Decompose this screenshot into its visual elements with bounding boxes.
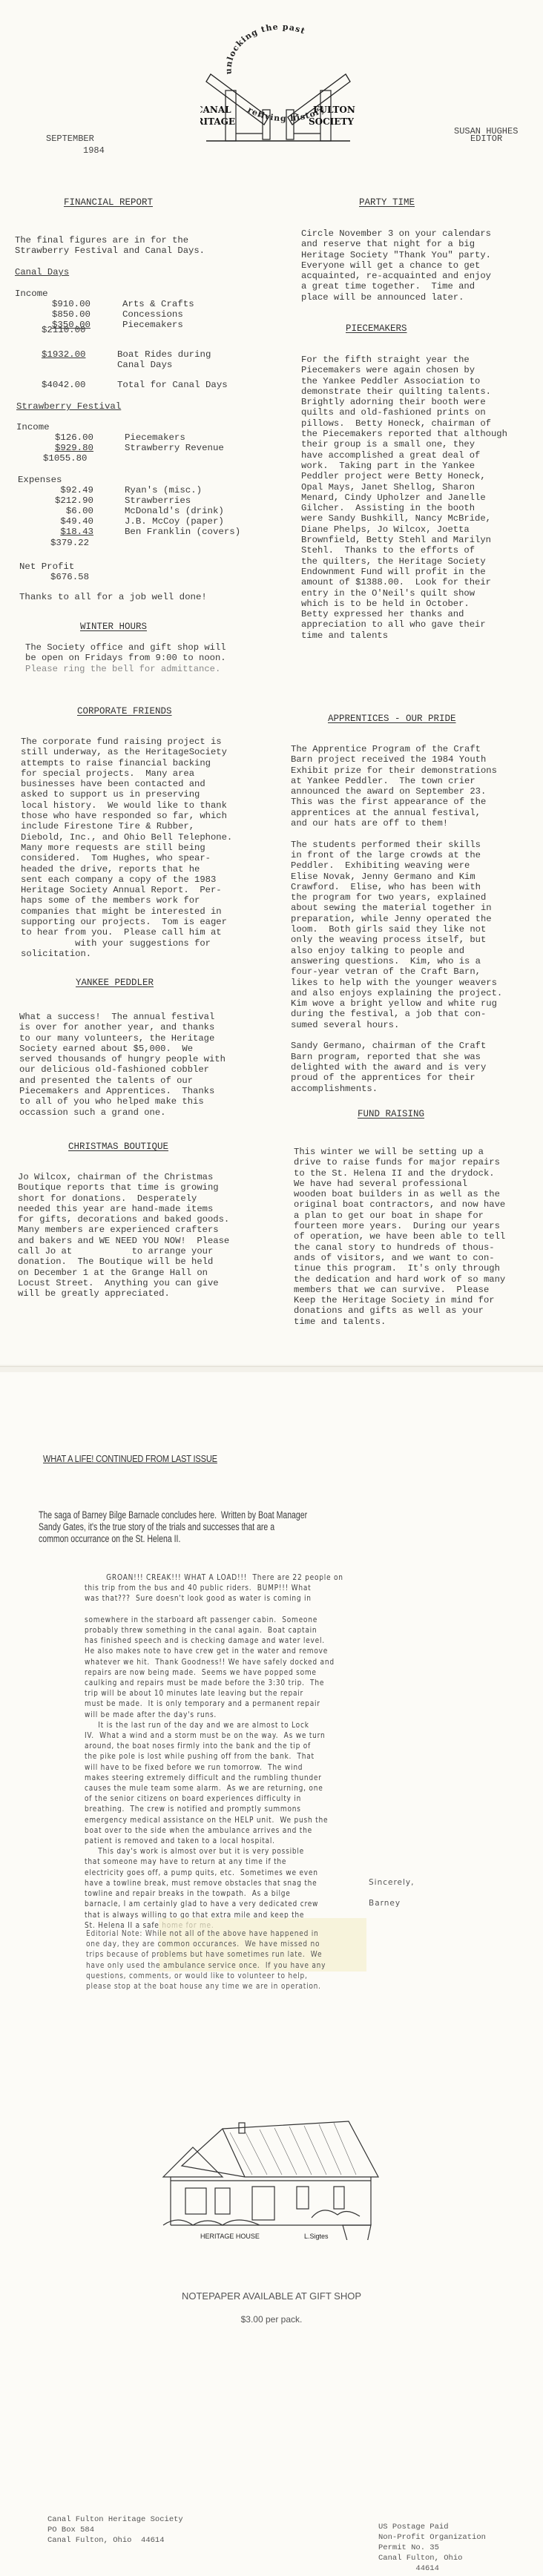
party-time-body: Circle November 3 on your calendars and … — [301, 228, 491, 303]
yankee-peddler-body: What a success! The annual festival is o… — [19, 1012, 226, 1118]
editorial-note: Editorial Note: While not all of the abo… — [86, 1928, 326, 1992]
heading-canal-days: Canal Days — [15, 267, 69, 277]
svg-text:unlocking the past: unlocking the past — [223, 22, 306, 74]
straw-expenses-label: Expenses — [18, 475, 62, 485]
ledger-label: Arts & Crafts — [122, 299, 194, 309]
logo-right-name-1: FULTON — [313, 105, 355, 115]
corporate-friends-body: The corporate fund raising project is st… — [21, 737, 232, 959]
illustration-caption: HERITAGE HOUSE — [200, 2233, 260, 2240]
ledger-amount: $49.40 — [60, 516, 93, 527]
story-closing: Sincerely, — [369, 1878, 415, 1887]
logo-left-name-2: HERITAGE — [200, 116, 235, 127]
issue-month: SEPTEMBER — [46, 134, 94, 144]
straw-expenses-total: $379.22 — [50, 538, 89, 548]
piecemakers-body: For the fifth straight year the Piecemak… — [301, 355, 507, 641]
heading-piecemakers: PIECEMAKERS — [346, 323, 407, 334]
fund-raising-body: This winter we will be setting up a driv… — [294, 1147, 505, 1327]
canal-lock-gates-icon: unlocking the past reliving history CANA… — [200, 22, 356, 148]
net-profit-amount: $676.58 — [50, 572, 89, 582]
story-signature: Barney — [369, 1899, 401, 1908]
newsletter-page-1: SEPTEMBER 1984 SUSAN HUGHES EDITOR unloc… — [0, 0, 543, 1365]
ledger-amount: $212.90 — [55, 495, 93, 506]
financial-intro-1: The final figures are in for the — [15, 235, 188, 246]
society-logo: unlocking the past reliving history CANA… — [200, 22, 356, 148]
canal-income-total: $2110.00 — [42, 325, 86, 335]
what-a-life-intro: The saga of Barney Bilge Barnacle conclu… — [39, 1509, 307, 1545]
boat-rides-label-1: Boat Rides during — [117, 349, 211, 360]
return-address: Canal Fulton Heritage Society PO Box 584… — [47, 2514, 183, 2546]
ledger-label: Strawberries — [125, 495, 191, 506]
canal-income-label: Income — [15, 289, 48, 299]
ledger-amount: $18.43 — [60, 527, 93, 537]
logo-arc-top: unlocking the past — [223, 22, 306, 74]
ledger-amount: $850.00 — [52, 309, 90, 320]
ledger-label: McDonald's (drink) — [125, 506, 224, 516]
canal-total-label: Total for Canal Days — [117, 380, 228, 390]
ledger-label: Concessions — [122, 309, 183, 320]
heading-strawberry-festival: Strawberry Festival — [16, 401, 121, 412]
page-divider — [0, 1366, 543, 1367]
heading-fund-raising: FUND RAISING — [358, 1109, 424, 1119]
heading-corporate-friends: CORPORATE FRIENDS — [77, 706, 172, 717]
house-sketch-icon: HERITAGE HOUSE L.Sigtes — [148, 2106, 386, 2240]
heading-yankee-peddler: YANKEE PEDDLER — [76, 978, 154, 988]
heading-financial-report: FINANCIAL REPORT — [64, 197, 153, 208]
boat-rides-amount: $1932.00 — [42, 349, 86, 360]
heading-party-time: PARTY TIME — [359, 197, 415, 208]
ledger-amount: $126.00 — [55, 432, 93, 443]
canal-total-amount: $4042.00 — [42, 380, 86, 390]
financial-intro-2: Strawberry Festival and Canal Days. — [15, 246, 205, 256]
ledger-label: Ben Franklin (covers) — [125, 527, 240, 537]
heading-what-a-life: WHAT A LIFE! CONTINUED FROM LAST ISSUE — [43, 1453, 217, 1464]
net-profit-label: Net Profit — [19, 561, 74, 572]
postage-indicia: US Postage Paid Non-Profit Organization … — [378, 2522, 486, 2574]
heading-winter-hours: WINTER HOURS — [80, 622, 147, 632]
straw-income-total: $1055.80 — [43, 453, 88, 464]
ledger-label: Piecemakers — [125, 432, 185, 443]
logo-right-name-2: SOCIETY — [309, 116, 354, 127]
ledger-label: Piecemakers — [122, 320, 183, 330]
ledger-label: Ryan's (misc.) — [125, 485, 202, 495]
heading-christmas-boutique: CHRISTMAS BOUTIQUE — [68, 1142, 168, 1152]
heritage-house-illustration: HERITAGE HOUSE L.Sigtes — [148, 2106, 386, 2240]
ledger-amount: $910.00 — [52, 299, 90, 309]
notepaper-title: NOTEPAPER AVAILABLE AT GIFT SHOP — [0, 2290, 543, 2302]
ledger-amount: $6.00 — [66, 506, 93, 516]
illustration-artist: L.Sigtes — [304, 2233, 329, 2240]
editor-title: EDITOR — [470, 134, 502, 144]
ledger-label: J.B. McCoy (paper) — [125, 516, 224, 527]
notepaper-price: $3.00 per pack. — [0, 2314, 543, 2325]
ledger-label: Strawberry Revenue — [125, 443, 224, 453]
winter-hours-note: Please ring the bell for admittance. — [25, 664, 220, 674]
issue-year: 1984 — [83, 145, 105, 156]
christmas-boutique-body: Jo Wilcox, chairman of the Christmas Bou… — [18, 1172, 229, 1299]
what-a-life-story: GROAN!!! CREAK!!! WHAT A LOAD!!! There a… — [85, 1572, 343, 1931]
winter-hours-body: The Society office and gift shop will be… — [25, 642, 226, 664]
logo-left-name-1: CANAL — [200, 105, 231, 115]
ledger-amount: $929.80 — [55, 443, 93, 453]
apprentices-body: The Apprentice Program of the Craft Barn… — [291, 744, 502, 1094]
financial-thanks: Thanks to all for a job well done! — [19, 592, 207, 602]
boat-rides-label-2: Canal Days — [117, 360, 172, 370]
heading-apprentices: APPRENTICES - OUR PRIDE — [328, 714, 456, 724]
straw-income-label: Income — [16, 422, 50, 432]
ledger-amount: $92.49 — [60, 485, 93, 495]
